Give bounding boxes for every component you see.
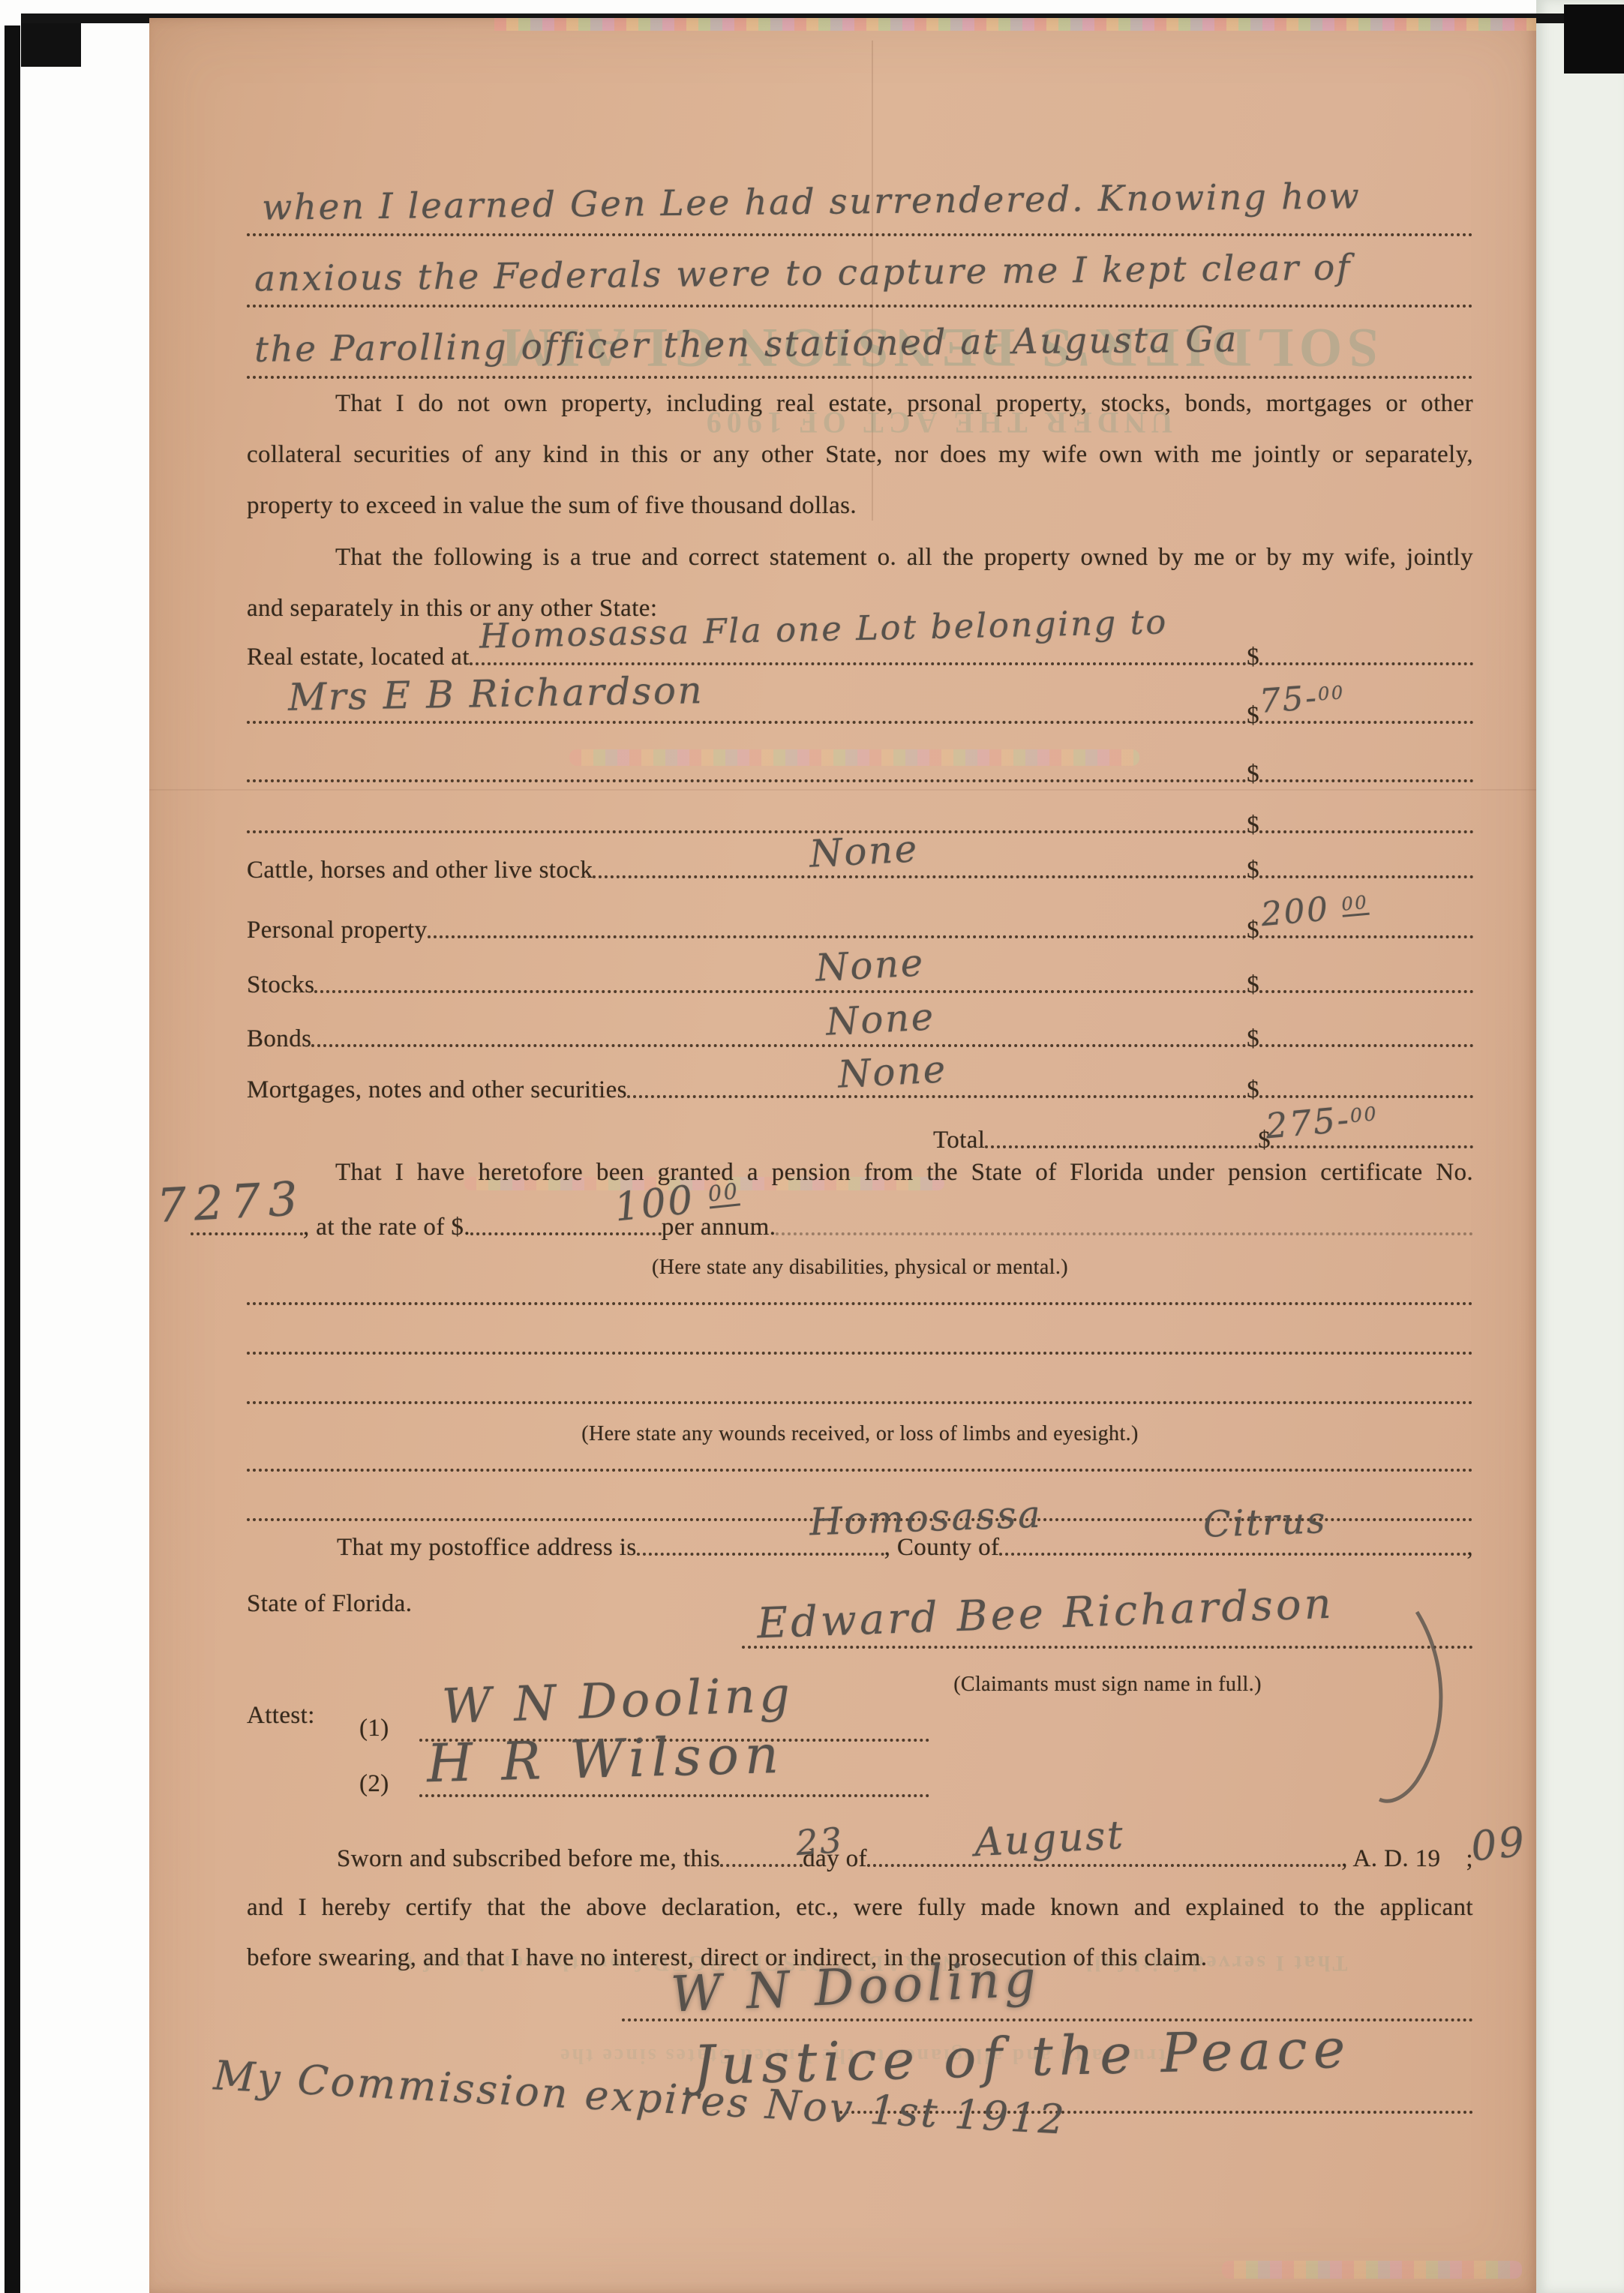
county-value: Citrus	[1202, 1502, 1327, 1543]
certificate-number-value: 7273	[156, 1175, 307, 1229]
dotted-leader	[985, 1145, 1258, 1148]
claimant-caption: (Claimants must sign name in full.)	[742, 1673, 1473, 1697]
trailing-comma: ,	[1466, 1534, 1473, 1562]
sworn-year-value: 09	[1469, 1821, 1528, 1867]
narrative-line-1: when I learned Gen Lee had surrendered. …	[262, 179, 1361, 225]
dotted-leader	[1259, 662, 1473, 665]
cattle-value: None	[809, 830, 920, 873]
dollar-sign: $	[1247, 1076, 1259, 1105]
blank-line	[247, 1302, 1473, 1305]
sworn-day-value: 23	[794, 1823, 845, 1860]
narrative-rule-1	[247, 233, 1473, 236]
dotted-leader	[428, 935, 1247, 938]
officer-signature: W N Dooling	[670, 1954, 1041, 2019]
amount-main: 100	[612, 1178, 696, 1231]
dotted-leader	[1259, 1044, 1473, 1047]
narrative-rule-3	[247, 376, 1473, 379]
dollar-sign: $	[1247, 702, 1259, 731]
sworn-prefix: Sworn and subscribed before me, this	[337, 1845, 720, 1874]
row-label: Personal property	[247, 917, 428, 945]
dotted-leader	[1259, 779, 1473, 782]
mortgages-value: None	[837, 1050, 948, 1094]
para-no-property-line-1: That I do not own property, including re…	[247, 390, 1473, 419]
para-statement-line-1: That the following is a true and correct…	[247, 544, 1473, 572]
dollar-sign: $	[1247, 1025, 1259, 1054]
witness-2-signature: H R Wilson	[426, 1728, 785, 1790]
dotted-leader	[1259, 935, 1473, 938]
amount-main: 200	[1259, 890, 1331, 934]
dotted-leader	[470, 662, 1247, 665]
sworn-month-value: August	[974, 1816, 1126, 1862]
narrative-line-2: anxious the Federals were to capture me …	[254, 250, 1352, 296]
property-row-blank-3: $	[247, 755, 1473, 789]
dotted-leader	[314, 990, 1247, 993]
scanned-document-page: SOLDIER'S PENSION CLAIM UNDER THE ACT OF…	[0, 0, 1624, 2293]
sworn-row: Sworn and subscribed before me, this day…	[337, 1839, 1473, 1874]
dollar-sign: $	[1247, 812, 1259, 840]
amount-sup: 00	[707, 1178, 740, 1209]
dotted-leader	[1259, 875, 1473, 878]
dotted-leader	[720, 1864, 803, 1867]
para-no-property-line-2: collateral securities of any kind in thi…	[247, 441, 1473, 470]
iridescent-strip-top	[494, 18, 1536, 31]
dotted-leader	[191, 1232, 303, 1235]
dotted-leader	[593, 875, 1247, 878]
row-label: Cattle, horses and other live stock	[247, 857, 593, 885]
pension-paragraph: That I have heretofore been granted a pe…	[247, 1159, 1473, 1187]
para-no-property-line-3: property to exceed in value the sum of f…	[247, 492, 857, 521]
blank-line	[247, 1469, 1473, 1472]
amount-sup: 00	[1349, 1103, 1379, 1127]
dotted-leader	[247, 721, 1247, 724]
dotted-leader	[247, 830, 1247, 833]
blank-line	[247, 1401, 1473, 1404]
scanner-bar-left	[5, 26, 20, 2293]
dotted-leader	[776, 1232, 1473, 1235]
plastic-sleeve-right	[1536, 0, 1624, 2293]
total-label: Total	[933, 1127, 985, 1155]
amount-sup: 00	[1340, 892, 1369, 917]
witness-1-number: (1)	[359, 1715, 389, 1743]
dotted-leader	[311, 1044, 1247, 1047]
bonds-value: None	[825, 998, 936, 1041]
real-estate-amount: 75-00	[1259, 680, 1346, 719]
witness-2-number: (2)	[359, 1770, 389, 1799]
dotted-leader	[867, 1864, 1341, 1867]
witness-1-signature: W N Dooling	[441, 1671, 794, 1731]
dotted-leader	[1259, 1095, 1473, 1098]
narrative-rule-2	[247, 305, 1473, 308]
dotted-leader	[1259, 990, 1473, 993]
amount-main: 275-	[1264, 1099, 1352, 1147]
row-label: Real estate, located at	[247, 644, 470, 672]
scanner-corner-top-left	[21, 23, 81, 67]
claimant-signature: Edward Bee Richardson	[756, 1583, 1334, 1646]
narrative-line-3: the Parolling officer then stationed at …	[254, 322, 1238, 368]
row-label: Mortgages, notes and other securities	[247, 1076, 627, 1105]
dotted-leader	[1259, 721, 1473, 724]
state-line: State of Florida.	[247, 1590, 412, 1619]
wounds-caption: (Here state any wounds received, or loss…	[247, 1422, 1473, 1446]
pension-rate-row: , at the rate of $. per annum.	[191, 1208, 1473, 1242]
postoffice-value: Homosassa	[809, 1496, 1043, 1541]
glitter-streak-bottom-right	[1222, 2261, 1522, 2279]
stocks-value: None	[815, 944, 926, 987]
certify-line-1: and I hereby certify that the above decl…	[247, 1894, 1473, 1922]
row-label: Bonds	[247, 1025, 311, 1054]
postoffice-prefix: That my postoffice address is	[337, 1534, 637, 1562]
disabilities-caption: (Here state any disabilities, physical o…	[247, 1256, 1473, 1280]
rate-prefix: , at the rate of $.	[303, 1214, 470, 1242]
witness-2-rule	[419, 1794, 929, 1797]
amount-main: 75-	[1258, 679, 1319, 721]
dollar-sign: $	[1247, 644, 1259, 672]
row-label: Stocks	[247, 971, 314, 1000]
pension-form-paper: SOLDIER'S PENSION CLAIM UNDER THE ACT OF…	[149, 18, 1536, 2293]
dollar-sign: $	[1247, 857, 1259, 885]
dotted-leader	[637, 1553, 884, 1556]
dollar-sign: $	[1247, 761, 1259, 789]
blank-line	[247, 1352, 1473, 1355]
attest-label: Attest:	[247, 1702, 315, 1730]
signature-rule	[742, 1646, 1473, 1649]
sworn-end: ;	[1440, 1845, 1473, 1874]
real-estate-owner-value: Mrs E B Richardson	[288, 671, 704, 716]
ad-label: , A. D. 19	[1341, 1845, 1440, 1874]
dotted-leader	[470, 1232, 662, 1235]
dotted-leader	[999, 1553, 1466, 1556]
dollar-sign: $	[1247, 971, 1259, 1000]
signature-flourish	[1364, 1608, 1462, 1818]
dollar-sign: $	[1247, 917, 1259, 945]
dotted-leader	[1259, 830, 1473, 833]
total-row: Total $	[933, 1121, 1473, 1155]
dotted-leader	[627, 1095, 1247, 1098]
amount-sup: 00	[1317, 682, 1346, 704]
horizontal-crease	[149, 789, 1536, 791]
scanner-corner-top-right	[1564, 5, 1624, 74]
dotted-leader	[247, 779, 1247, 782]
dotted-leader	[1271, 1145, 1473, 1148]
